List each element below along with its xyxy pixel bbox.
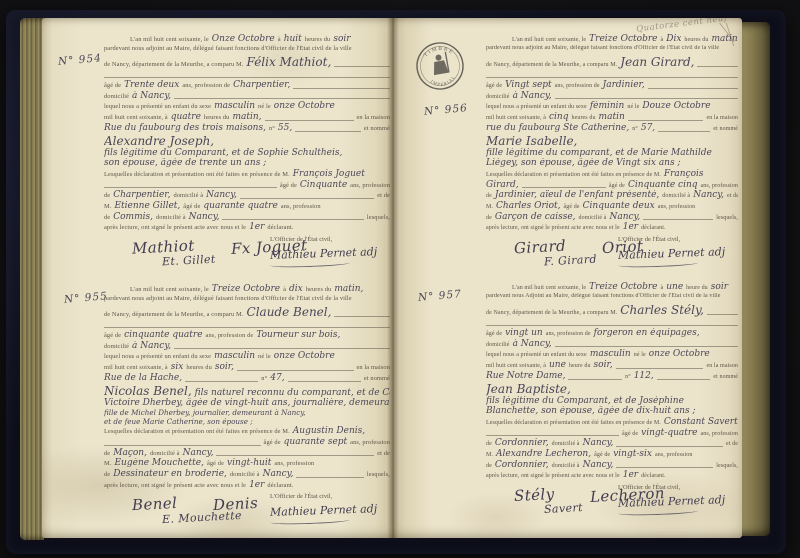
printed-form-text: âgé de bbox=[104, 332, 121, 339]
handwritten-entry: Onze Octobre bbox=[212, 34, 275, 44]
printed-form-text: né le bbox=[258, 103, 271, 110]
form-line: Blanchette, son épouse, âgée de dix-huit… bbox=[486, 406, 738, 417]
printed-form-text: L'an mil huit cent soixante, le bbox=[512, 285, 586, 291]
printed-form-text: ans, profession de bbox=[555, 83, 600, 89]
printed-form-text: lequel nous a présenté un enfant du sexe bbox=[486, 352, 587, 358]
handwritten-entry: Rue de la Hache, bbox=[104, 373, 182, 383]
handwritten-entry: 1er bbox=[249, 480, 264, 490]
printed-form-text: et de bbox=[377, 192, 390, 199]
blank-fill-rule bbox=[486, 324, 738, 326]
printed-form-text: L'an mil huit cent soixante, le bbox=[130, 36, 209, 43]
printed-form-text: de Nancy, département de la Meurthe, a c… bbox=[104, 311, 244, 318]
handwritten-entry: huit bbox=[284, 34, 302, 44]
handwritten-entry: Treize Octobre bbox=[589, 34, 657, 44]
handwritten-entry: Victoire Dherbey, âgée de vingt-huit ans… bbox=[104, 398, 390, 408]
signature: Savert bbox=[544, 501, 584, 516]
handwritten-entry: Nancy, bbox=[693, 190, 724, 200]
form-line: de Nancy, département de la Meurthe, a c… bbox=[486, 303, 738, 317]
form-line: domiciliéà Nancy, bbox=[104, 91, 390, 102]
printed-form-text: heures du bbox=[204, 114, 230, 121]
handwritten-entry: Cinquante bbox=[300, 180, 347, 190]
printed-form-text: après lecture, ont signé le présent acte… bbox=[486, 473, 620, 479]
printed-form-text: de bbox=[486, 193, 492, 199]
printed-form-text: lesquels, bbox=[367, 214, 390, 221]
imperial-seal-stamp-icon: TIMBRE IMPERIAL bbox=[410, 36, 470, 96]
officer-signature: Mathieu Pernet adj bbox=[618, 493, 726, 510]
form-line: deGarçon de caisse,domicilié àNancy,lesq… bbox=[486, 212, 738, 223]
form-line bbox=[486, 69, 738, 80]
handwritten-entry: masculin bbox=[214, 101, 255, 111]
handwritten-entry: Alexandre Joseph, bbox=[104, 134, 214, 148]
printed-form-text: et de bbox=[377, 450, 390, 457]
form-line: Victoire Dherbey, âgée de vingt-huit ans… bbox=[104, 398, 390, 409]
form-line: après lecture, ont signé le présent acte… bbox=[486, 470, 738, 481]
printed-form-text: n° bbox=[625, 374, 631, 380]
form-line: domiciliéà Nancy, bbox=[486, 91, 738, 102]
form-line: Rue Notre Dame,n°112,et nommé bbox=[486, 371, 738, 382]
printed-form-text: âgé de bbox=[183, 203, 200, 210]
form-line: âgé deTrente deuxans, profession deCharp… bbox=[104, 80, 390, 91]
printed-form-text: de bbox=[486, 215, 492, 221]
blank-fill-rule bbox=[240, 197, 374, 199]
printed-form-text: âgé de bbox=[280, 182, 297, 189]
printed-form-text: âgé de bbox=[486, 331, 502, 337]
handwritten-entry: vingt-six bbox=[613, 449, 652, 459]
printed-form-text: heure du bbox=[686, 285, 708, 291]
blank-fill-rule bbox=[104, 444, 261, 446]
handwritten-entry: fils légitime du Comparant, et de Joséph… bbox=[486, 396, 684, 406]
printed-form-text: né le bbox=[627, 104, 639, 110]
printed-form-text: né le bbox=[634, 352, 646, 358]
printed-form-text: déclarant. bbox=[267, 224, 293, 231]
printed-form-text: Lesquelles déclaration et présentation o… bbox=[104, 171, 290, 178]
form-line: et de feue Marie Catherine, son épouse ; bbox=[104, 417, 390, 426]
form-line: L'an mil huit cent soixante, leTreize Oc… bbox=[486, 282, 738, 293]
handwritten-entry: et de feue Marie Catherine, son épouse ; bbox=[104, 417, 253, 426]
handwritten-entry: Liégey, son épouse, âgée de Vingt six an… bbox=[486, 158, 681, 168]
record-number-954: N° 954 bbox=[58, 52, 103, 68]
form-line: Liégey, son épouse, âgée de Vingt six an… bbox=[486, 158, 738, 169]
svg-text:IMPERIAL: IMPERIAL bbox=[429, 74, 458, 89]
form-line: Marie Isabelle, bbox=[486, 134, 738, 148]
blank-fill-rule bbox=[185, 380, 258, 382]
printed-form-text: en la maison bbox=[357, 114, 391, 121]
blank-fill-rule bbox=[296, 476, 364, 478]
form-line bbox=[104, 69, 390, 80]
form-line: lequel nous a présenté un enfant du sexe… bbox=[486, 349, 738, 360]
blank-fill-rule bbox=[522, 186, 606, 188]
handwritten-entry: 1er bbox=[623, 470, 638, 480]
printed-form-text: domicilié bbox=[486, 342, 510, 348]
form-line: M.Étienne Gillet,âgé dequarante quatrean… bbox=[104, 201, 390, 212]
printed-form-text: ans, profession de bbox=[182, 82, 230, 89]
handwritten-entry: Nancy, bbox=[183, 448, 214, 458]
printed-form-text: à bbox=[278, 36, 281, 43]
handwritten-entry: Jardinier, bbox=[603, 80, 645, 90]
stamp-bottom-text: IMPERIAL bbox=[429, 74, 458, 89]
officer-signature-area: L'Officier de l'État civil,Mathieu Perne… bbox=[270, 493, 390, 524]
printed-form-text: en la maison bbox=[706, 115, 738, 121]
officer-label: L'Officier de l'État civil, bbox=[618, 236, 738, 243]
blank-fill-rule bbox=[658, 130, 710, 132]
handwritten-entry: cinquante quatre bbox=[124, 330, 202, 340]
printed-form-text: L'an mil huit cent soixante, le bbox=[130, 286, 209, 293]
printed-form-text: Lesquelles déclaration et présentation o… bbox=[486, 420, 661, 426]
handwritten-entry: Cinquante cinq bbox=[628, 180, 698, 190]
printed-form-text: domicilié à bbox=[552, 463, 580, 469]
blank-fill-rule bbox=[628, 119, 704, 121]
handwritten-entry: Charpentier, bbox=[113, 190, 170, 200]
form-line: Rue de la Hache,n°47,et nommé bbox=[104, 373, 390, 384]
printed-form-text: domicilié à bbox=[230, 471, 260, 478]
printed-form-text: âgé de bbox=[207, 460, 224, 467]
printed-form-text: lequel nous a présenté un enfant du sexe bbox=[104, 353, 211, 360]
handwritten-entry: Charles Oriot, bbox=[496, 201, 561, 211]
handwritten-entry: Dessinateur en broderie, bbox=[113, 469, 227, 479]
blank-fill-rule bbox=[555, 345, 738, 347]
printed-form-text: né le bbox=[258, 353, 271, 360]
blank-fill-rule bbox=[293, 87, 390, 89]
handwritten-entry: vingt un bbox=[505, 328, 543, 338]
printed-form-text: âgé de bbox=[609, 183, 625, 189]
form-line: après lecture, ont signé le présent acte… bbox=[104, 480, 390, 491]
officer-label: L'Officier de l'État civil, bbox=[618, 484, 738, 491]
birth-record-955: L'an mil huit cent soixante, leTreize Oc… bbox=[104, 284, 390, 538]
signature-block: GirardOriotF. GirardL'Officier de l'État… bbox=[486, 238, 738, 286]
handwritten-entry: Claude Benel, bbox=[247, 305, 332, 319]
handwritten-entry: 47, bbox=[270, 373, 284, 383]
form-line: pardevant nous Adjoint au Maire, délégué… bbox=[486, 293, 738, 304]
printed-form-text: pardevant nous adjoint au Maire, délégué… bbox=[104, 295, 352, 302]
handwritten-entry: Nancy, bbox=[583, 438, 614, 448]
handwritten-entry: Douze Octobre bbox=[642, 101, 710, 111]
handwritten-entry: une bbox=[666, 282, 683, 292]
printed-form-text: ans, profession bbox=[701, 431, 739, 437]
handwritten-entry: six bbox=[171, 362, 184, 372]
handwritten-entry: Treize Octobre bbox=[589, 282, 657, 292]
handwritten-entry: 55, bbox=[278, 123, 292, 133]
handwritten-entry: Étienne Gillet, bbox=[114, 201, 180, 211]
handwritten-entry: quarante quatre bbox=[203, 201, 277, 211]
signature: Benel bbox=[132, 494, 178, 514]
printed-form-text: de bbox=[104, 450, 110, 457]
handwritten-entry: matin, bbox=[334, 284, 363, 294]
printed-form-text: déclarant. bbox=[641, 225, 665, 231]
handwritten-entry: matin, bbox=[232, 112, 261, 122]
handwritten-entry: 112, bbox=[634, 371, 654, 381]
printed-form-text: M. bbox=[486, 452, 493, 458]
form-line: L'an mil huit cent soixante, leTreize Oc… bbox=[104, 284, 390, 295]
signature-block: StélyLecheronSavertL'Officier de l'État … bbox=[486, 486, 738, 534]
register-page-right: Quatorze cent neuf TIMBRE bbox=[392, 18, 742, 538]
handwritten-entry: soir, bbox=[594, 360, 613, 370]
form-line: âgé deCinquanteans, profession bbox=[104, 180, 390, 191]
handwritten-entry: Jean Girard, bbox=[620, 55, 694, 69]
open-book-spread: N° 954 N° 955 L'an mil huit cent soixant… bbox=[42, 18, 742, 538]
handwritten-entry: son épouse, âgée de trente un ans ; bbox=[104, 158, 266, 168]
officer-label: L'Officier de l'État civil, bbox=[270, 493, 390, 500]
handwritten-entry: Treize Octobre bbox=[212, 284, 280, 294]
form-line: deCordonnier,domicilié àNancy,et de bbox=[486, 438, 738, 449]
handwritten-entry: rue du faubourg Ste Catherine, bbox=[486, 123, 629, 133]
printed-form-text: pardevant nous Adjoint au Maire, délégué… bbox=[486, 293, 721, 299]
handwritten-entry: Nancy, bbox=[189, 212, 220, 222]
form-line: fils légitime du Comparant, et de Sophie… bbox=[104, 148, 390, 159]
printed-form-text: après lecture, ont signé le présent acte… bbox=[486, 225, 620, 231]
blank-fill-rule bbox=[288, 380, 361, 382]
signature-block: BenelDenisE. MouchetteL'Officier de l'Ét… bbox=[104, 495, 390, 538]
blank-fill-rule bbox=[334, 65, 390, 67]
handwritten-entry: masculin bbox=[214, 351, 255, 361]
handwritten-entry: Vingt sept bbox=[505, 80, 552, 90]
form-line: lequel nous a présenté un enfant du sexe… bbox=[104, 101, 390, 112]
printed-form-text: M. bbox=[104, 460, 111, 467]
blank-fill-rule bbox=[707, 313, 738, 315]
form-line: Lesquelles déclaration et présentation o… bbox=[486, 169, 738, 180]
handwritten-entry: masculin bbox=[590, 349, 631, 359]
printed-form-text: et nommé bbox=[364, 125, 390, 132]
printed-form-text: Lesquelles déclaration et présentation o… bbox=[104, 428, 290, 435]
printed-form-text: à bbox=[660, 37, 663, 43]
printed-form-text: pardevant nous adjoint au Maire, délégué… bbox=[486, 45, 719, 51]
form-line: âgé dequarante septans, profession bbox=[104, 437, 390, 448]
handwritten-entry: Rue Notre Dame, bbox=[486, 371, 565, 381]
printed-form-text: M. bbox=[486, 204, 493, 210]
printed-form-text: ans, profession bbox=[350, 182, 390, 189]
handwritten-entry: Rue du faubourg des trois maisons, bbox=[104, 123, 266, 133]
printed-form-text: de bbox=[486, 463, 492, 469]
form-line: mil huit cent soixante, àuneheure dusoir… bbox=[486, 360, 738, 371]
handwritten-entry: 1er bbox=[249, 222, 264, 232]
blank-fill-rule bbox=[104, 76, 390, 78]
form-line: âgé devingt unans, profession deforgeron… bbox=[486, 328, 738, 339]
form-line: L'an mil huit cent soixante, leOnze Octo… bbox=[104, 34, 390, 45]
handwritten-entry: forgeron en équipages, bbox=[594, 328, 700, 338]
handwritten-entry: fille de Michel Dherbey, journalier, dem… bbox=[104, 408, 306, 417]
handwritten-entry: à Nancy, bbox=[132, 91, 171, 101]
page-stack-left-edge bbox=[20, 18, 44, 540]
blank-fill-rule bbox=[104, 326, 390, 328]
handwritten-entry: Commis, bbox=[113, 212, 153, 222]
birth-record-956: L'an mil huit cent soixante, leTreize Oc… bbox=[486, 34, 738, 286]
page-stack-right-edge bbox=[740, 22, 770, 536]
handwritten-entry: à Nancy, bbox=[513, 339, 552, 349]
form-line: pardevant nous adjoint au Maire, délégué… bbox=[104, 295, 390, 306]
officer-label: L'Officier de l'État civil, bbox=[270, 236, 390, 243]
printed-form-text: heures du bbox=[306, 286, 332, 293]
printed-form-text: n° bbox=[261, 375, 267, 382]
handwritten-entry: féminin bbox=[590, 101, 625, 111]
form-line: M.Eugène Mouchette,âgé devingt-huitans, … bbox=[104, 458, 390, 469]
handwritten-entry: Nancy, bbox=[206, 190, 237, 200]
officer-signature-area: L'Officier de l'État civil,Mathieu Perne… bbox=[270, 236, 390, 267]
blank-fill-rule bbox=[265, 119, 354, 121]
form-line: Girard,âgé deCinquante cinqans, professi… bbox=[486, 180, 738, 191]
record-number-957: N° 957 bbox=[418, 288, 463, 304]
handwritten-entry: matin bbox=[711, 34, 737, 44]
printed-form-text: heures du bbox=[305, 36, 331, 43]
printed-form-text: âgé de bbox=[564, 204, 580, 210]
form-line: Lesquelles déclaration et présentation o… bbox=[486, 417, 738, 428]
form-line bbox=[486, 317, 738, 328]
blank-fill-rule bbox=[616, 367, 704, 369]
printed-form-text: de bbox=[104, 214, 110, 221]
printed-form-text: lesquels, bbox=[716, 463, 738, 469]
form-line: Rue du faubourg des trois maisons,n°55,e… bbox=[104, 123, 390, 134]
record-number-956: N° 956 bbox=[424, 102, 469, 118]
printed-form-text: et de bbox=[726, 441, 738, 447]
printed-form-text: L'an mil huit cent soixante, le bbox=[512, 37, 586, 43]
handwritten-entry: Charles Stély, bbox=[620, 303, 704, 317]
blank-fill-rule bbox=[174, 97, 390, 99]
blank-fill-rule bbox=[216, 454, 374, 456]
handwritten-entry: vingt-quatre bbox=[641, 428, 697, 438]
printed-form-text: mil huit cent soixante, à bbox=[486, 115, 546, 121]
form-line: mil huit cent soixante, àquatreheures du… bbox=[104, 112, 390, 123]
printed-form-text: ans, profession bbox=[281, 203, 321, 210]
printed-form-text: domicilié à bbox=[150, 450, 180, 457]
printed-form-text: lesquels, bbox=[367, 471, 390, 478]
printed-form-text: heures du bbox=[186, 364, 212, 371]
handwritten-entry: à Nancy, bbox=[513, 91, 552, 101]
record-number-955: N° 955 bbox=[64, 290, 109, 306]
printed-form-text: heures du bbox=[571, 115, 595, 121]
printed-form-text: et nommé bbox=[713, 374, 738, 380]
handwritten-entry: Cordonnier, bbox=[495, 460, 549, 470]
printed-form-text: âgé de bbox=[104, 82, 121, 89]
signature-block: MathiotFx JoguetEt. GilletL'Officier de … bbox=[104, 238, 390, 286]
blank-fill-rule bbox=[295, 130, 361, 132]
handwritten-entry: Nicolas Benel, bbox=[104, 384, 192, 398]
birth-record-954: L'an mil huit cent soixante, leOnze Octo… bbox=[104, 34, 390, 286]
printed-form-text: âgé de bbox=[622, 431, 638, 437]
form-line: de Nancy, département de la Meurthe, a c… bbox=[486, 55, 738, 69]
handwritten-entry: fils légitime du Comparant, et de Sophie… bbox=[104, 148, 342, 158]
printed-form-text: ans, profession de bbox=[206, 332, 254, 339]
handwritten-entry: Blanchette, son épouse, âgée de dix-huit… bbox=[486, 406, 696, 416]
form-line: lequel nous a présenté un enfant du sexe… bbox=[104, 351, 390, 362]
handwritten-entry: Marie Isabelle, bbox=[486, 134, 577, 148]
handwritten-entry: soir, bbox=[215, 362, 234, 372]
printed-form-text: âgé de bbox=[486, 83, 502, 89]
printed-form-text: mil huit cent soixante, à bbox=[104, 364, 168, 371]
printed-form-text: ans, profession bbox=[274, 460, 314, 467]
printed-form-text: ans, profession bbox=[350, 439, 390, 446]
printed-form-text: domicilié bbox=[486, 94, 510, 100]
handwritten-entry: 1er bbox=[623, 222, 638, 232]
birth-record-957: L'an mil huit cent soixante, leTreize Oc… bbox=[486, 282, 738, 534]
printed-form-text: à bbox=[283, 286, 286, 293]
handwritten-entry: une bbox=[549, 360, 566, 370]
handwritten-entry: Trente deux bbox=[124, 80, 179, 90]
handwritten-entry: fils naturel reconnu du comparant, et de… bbox=[195, 388, 390, 398]
form-line: après lecture, ont signé le présent acte… bbox=[486, 222, 738, 233]
printed-form-text: de bbox=[104, 192, 110, 199]
printed-form-text: domicilié à bbox=[173, 192, 203, 199]
printed-form-text: et nommé bbox=[713, 126, 738, 132]
handwritten-entry: Cordonnier, bbox=[495, 438, 549, 448]
printed-form-text: n° bbox=[632, 126, 638, 132]
handwritten-entry: matin bbox=[599, 112, 625, 122]
printed-form-text: de Nancy, département de la Meurthe, a c… bbox=[104, 61, 244, 68]
officer-signature: Mathieu Pernet adj bbox=[618, 245, 726, 262]
blank-fill-rule bbox=[643, 218, 713, 220]
form-line: âgé decinquante quatreans, profession de… bbox=[104, 330, 390, 341]
printed-form-text: domicilié bbox=[104, 343, 129, 350]
form-line: Lesquelles déclaration et présentation o… bbox=[104, 426, 390, 437]
blank-fill-rule bbox=[486, 76, 738, 78]
printed-form-text: lequel nous a présenté un enfant du sexe bbox=[486, 104, 587, 110]
handwritten-entry: vingt-huit bbox=[227, 458, 271, 468]
photo-backdrop: N° 954 N° 955 L'an mil huit cent soixant… bbox=[0, 0, 800, 558]
handwritten-entry: François bbox=[664, 169, 704, 179]
blank-fill-rule bbox=[657, 378, 711, 380]
form-line: domiciliéà Nancy, bbox=[104, 341, 390, 352]
handwritten-entry: Constant Savert, bbox=[664, 417, 738, 427]
printed-form-text: ans, profession bbox=[658, 204, 696, 210]
handwritten-entry: Eugène Mouchette, bbox=[114, 458, 203, 468]
handwritten-entry: soir bbox=[711, 282, 728, 292]
handwritten-entry: cinq bbox=[549, 112, 568, 122]
printed-form-text: ans, profession de bbox=[546, 331, 591, 337]
form-line: deDessinateur en broderie,domicilié àNan… bbox=[104, 469, 390, 480]
handwritten-entry: 57, bbox=[641, 123, 655, 133]
printed-form-text: lesquels, bbox=[716, 215, 738, 221]
blank-fill-rule bbox=[616, 445, 723, 447]
printed-form-text: de Nancy, département de la Meurthe, a c… bbox=[486, 310, 617, 316]
officer-signature: Mathieu Pernet adj bbox=[270, 502, 378, 519]
blank-fill-rule bbox=[174, 347, 390, 349]
printed-form-text: âgé de bbox=[264, 439, 281, 446]
blank-fill-rule bbox=[486, 434, 619, 436]
printed-form-text: et nommé bbox=[364, 375, 390, 382]
printed-form-text: domicilié bbox=[104, 93, 129, 100]
printed-form-text: de bbox=[104, 471, 110, 478]
printed-form-text: et de bbox=[727, 193, 738, 199]
handwritten-entry: Girard, bbox=[486, 180, 519, 190]
handwritten-entry: Jardinier, aïeul de l'enfant présenté, bbox=[495, 190, 659, 200]
blank-fill-rule bbox=[555, 97, 738, 99]
form-line: âgé devingt-quatreans, profession bbox=[486, 428, 738, 439]
printed-form-text: n° bbox=[269, 125, 275, 132]
handwritten-entry: Tourneur sur bois, bbox=[256, 330, 340, 340]
printed-form-text: mil huit cent soixante, à bbox=[486, 363, 546, 369]
printed-form-text: domicilié à bbox=[552, 441, 580, 447]
printed-form-text: après lecture, ont signé le présent acte… bbox=[104, 224, 246, 231]
blank-fill-rule bbox=[334, 315, 390, 317]
printed-form-text: domicilié à bbox=[579, 215, 607, 221]
printed-form-text: pardevant nous adjoint au Maire, délégué… bbox=[104, 45, 352, 52]
handwritten-entry: Garçon de caisse, bbox=[495, 212, 576, 222]
printed-form-text: domicilié à bbox=[156, 214, 186, 221]
handwritten-entry: quarante sept bbox=[284, 437, 348, 447]
blank-fill-rule bbox=[222, 218, 363, 220]
handwritten-entry: Charpentier, bbox=[233, 80, 290, 90]
form-line: après lecture, ont signé le présent acte… bbox=[104, 222, 390, 233]
handwritten-entry: Augustin Denis, bbox=[293, 426, 365, 436]
officer-signature-area: L'Officier de l'État civil,Mathieu Perne… bbox=[618, 236, 738, 267]
handwritten-entry: onze Octobre bbox=[274, 101, 335, 111]
form-line bbox=[104, 319, 390, 330]
handwritten-entry: à Nancy, bbox=[132, 341, 171, 351]
handwritten-entry: fille légitime du comparant, et de Marie… bbox=[486, 148, 712, 158]
form-line: deCordonnier,domicilié àNancy,lesquels, bbox=[486, 460, 738, 471]
handwritten-entry: Jean Baptiste, bbox=[486, 382, 571, 396]
printed-form-text: Lesquelles déclaration et présentation o… bbox=[486, 172, 661, 178]
printed-form-text: de bbox=[486, 441, 492, 447]
form-line: deCommis,domicilié àNancy,lesquels, bbox=[104, 212, 390, 223]
form-line: M.Alexandre Lecheron,âgé devingt-sixans,… bbox=[486, 449, 738, 460]
